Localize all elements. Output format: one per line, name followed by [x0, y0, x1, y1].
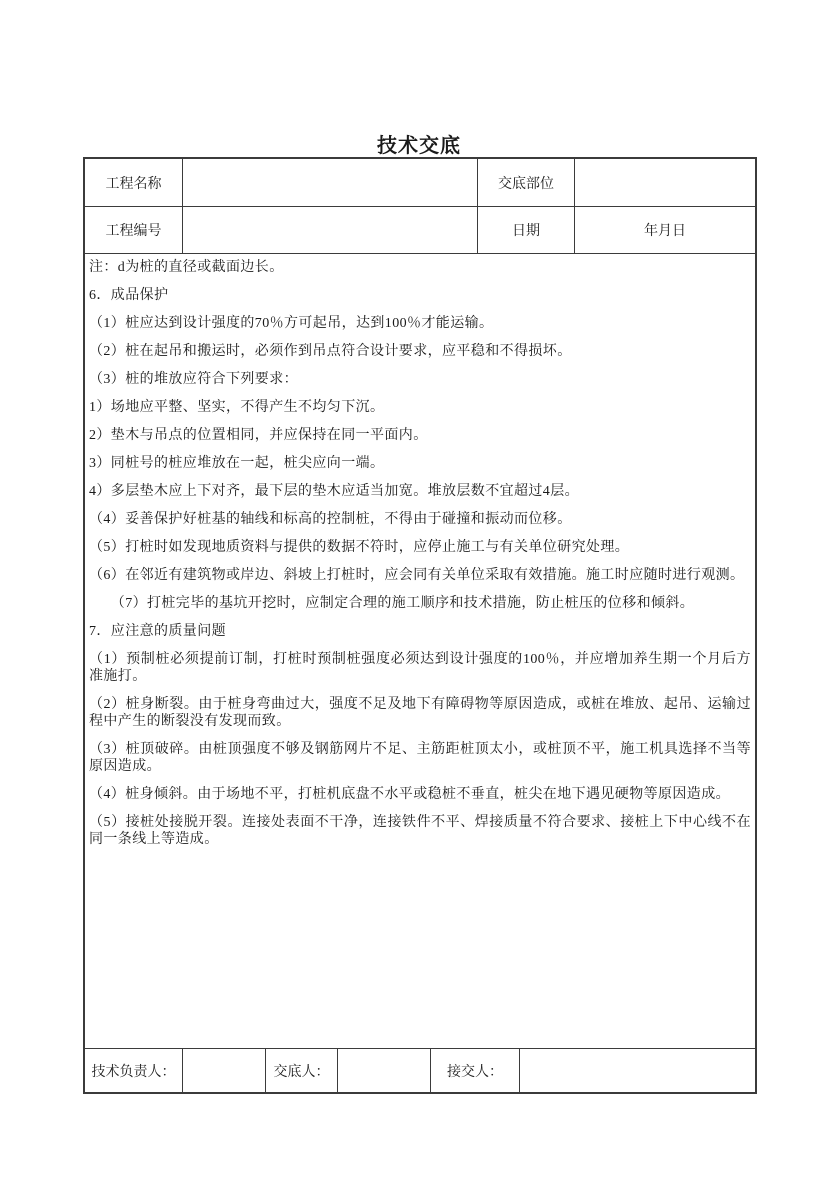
disclosure-part-label: 交底部位 — [477, 159, 574, 206]
body-paragraph: （5）接桩处接脱开裂。连接处表面不干净，连接铁件不平、焊接质量不符合要求、接桩上… — [89, 814, 751, 848]
receiver-label: 接交人： — [430, 1049, 519, 1092]
tech-lead-field[interactable] — [182, 1049, 265, 1092]
body-paragraph: （4）桩身倾斜。由于场地不平，打桩机底盘不水平或稳桩不垂直，桩尖在地下遇见硬物等… — [89, 786, 751, 803]
body-paragraph: 1）场地应平整、坚实，不得产生不均匀下沉。 — [89, 399, 751, 416]
body-paragraph: （7）打桩完毕的基坑开挖时，应制定合理的施工顺序和技术措施，防止桩压的位移和倾斜… — [89, 595, 751, 612]
signature-row: 技术负责人： 交底人： 接交人： — [85, 1048, 755, 1092]
body-paragraph: 2）垫木与吊点的位置相同，并应保持在同一平面内。 — [89, 427, 751, 444]
document-page: 技术交底 工程名称 交底部位 工程编号 日期 年月日 注：d为桩的直径或截面边长… — [0, 0, 838, 1186]
disclosure-part-field[interactable] — [574, 159, 755, 206]
body-paragraph: （2）桩身断裂。由于桩身弯曲过大，强度不足及地下有障碍物等原因造成，或桩在堆放、… — [89, 696, 751, 730]
body-paragraph: （1）桩应达到设计强度的70％方可起吊，达到100％才能运输。 — [89, 315, 751, 332]
project-number-field[interactable] — [182, 206, 477, 253]
disclosure-table: 工程名称 交底部位 工程编号 日期 年月日 注：d为桩的直径或截面边长。 6．成… — [83, 157, 757, 1094]
page-title: 技术交底 — [0, 129, 838, 158]
body-text: 注：d为桩的直径或截面边长。 6．成品保护 （1）桩应达到设计强度的70％方可起… — [85, 253, 755, 1048]
discloser-label: 交底人： — [265, 1049, 337, 1092]
body-paragraph: 7．应注意的质量问题 — [89, 623, 751, 640]
project-number-label: 工程编号 — [85, 206, 182, 253]
body-paragraph: （3）桩顶破碎。由桩顶强度不够及钢筋网片不足、主筋距桩顶太小，或桩顶不平，施工机… — [89, 741, 751, 775]
body-paragraph: （6）在邻近有建筑物或岸边、斜坡上打桩时，应会同有关单位采取有效措施。施工时应随… — [89, 567, 751, 584]
project-name-field[interactable] — [182, 159, 477, 206]
body-paragraph: （5）打桩时如发现地质资料与提供的数据不符时，应停止施工与有关单位研究处理。 — [89, 539, 751, 556]
discloser-field[interactable] — [337, 1049, 430, 1092]
body-paragraph: （2）桩在起吊和搬运时，必须作到吊点符合设计要求，应平稳和不得损坏。 — [89, 343, 751, 360]
header-table: 工程名称 交底部位 工程编号 日期 年月日 — [85, 159, 755, 253]
date-label: 日期 — [477, 206, 574, 253]
body-paragraph: 注：d为桩的直径或截面边长。 — [89, 259, 751, 276]
date-field[interactable]: 年月日 — [574, 206, 755, 253]
body-paragraph: 3）同桩号的桩应堆放在一起，桩尖应向一端。 — [89, 455, 751, 472]
body-paragraph: 6．成品保护 — [89, 287, 751, 304]
body-paragraph: 4）多层垫木应上下对齐，最下层的垫木应适当加宽。堆放层数不宜超过4层。 — [89, 483, 751, 500]
body-paragraph: （1）预制桩必须提前订制，打桩时预制桩强度必须达到设计强度的100％，并应增加养… — [89, 651, 751, 685]
project-name-label: 工程名称 — [85, 159, 182, 206]
receiver-field[interactable] — [519, 1049, 755, 1092]
body-paragraph: （3）桩的堆放应符合下列要求： — [89, 371, 751, 388]
body-paragraph: （4）妥善保护好桩基的轴线和标高的控制桩，不得由于碰撞和振动而位移。 — [89, 511, 751, 528]
tech-lead-label: 技术负责人： — [85, 1049, 182, 1092]
